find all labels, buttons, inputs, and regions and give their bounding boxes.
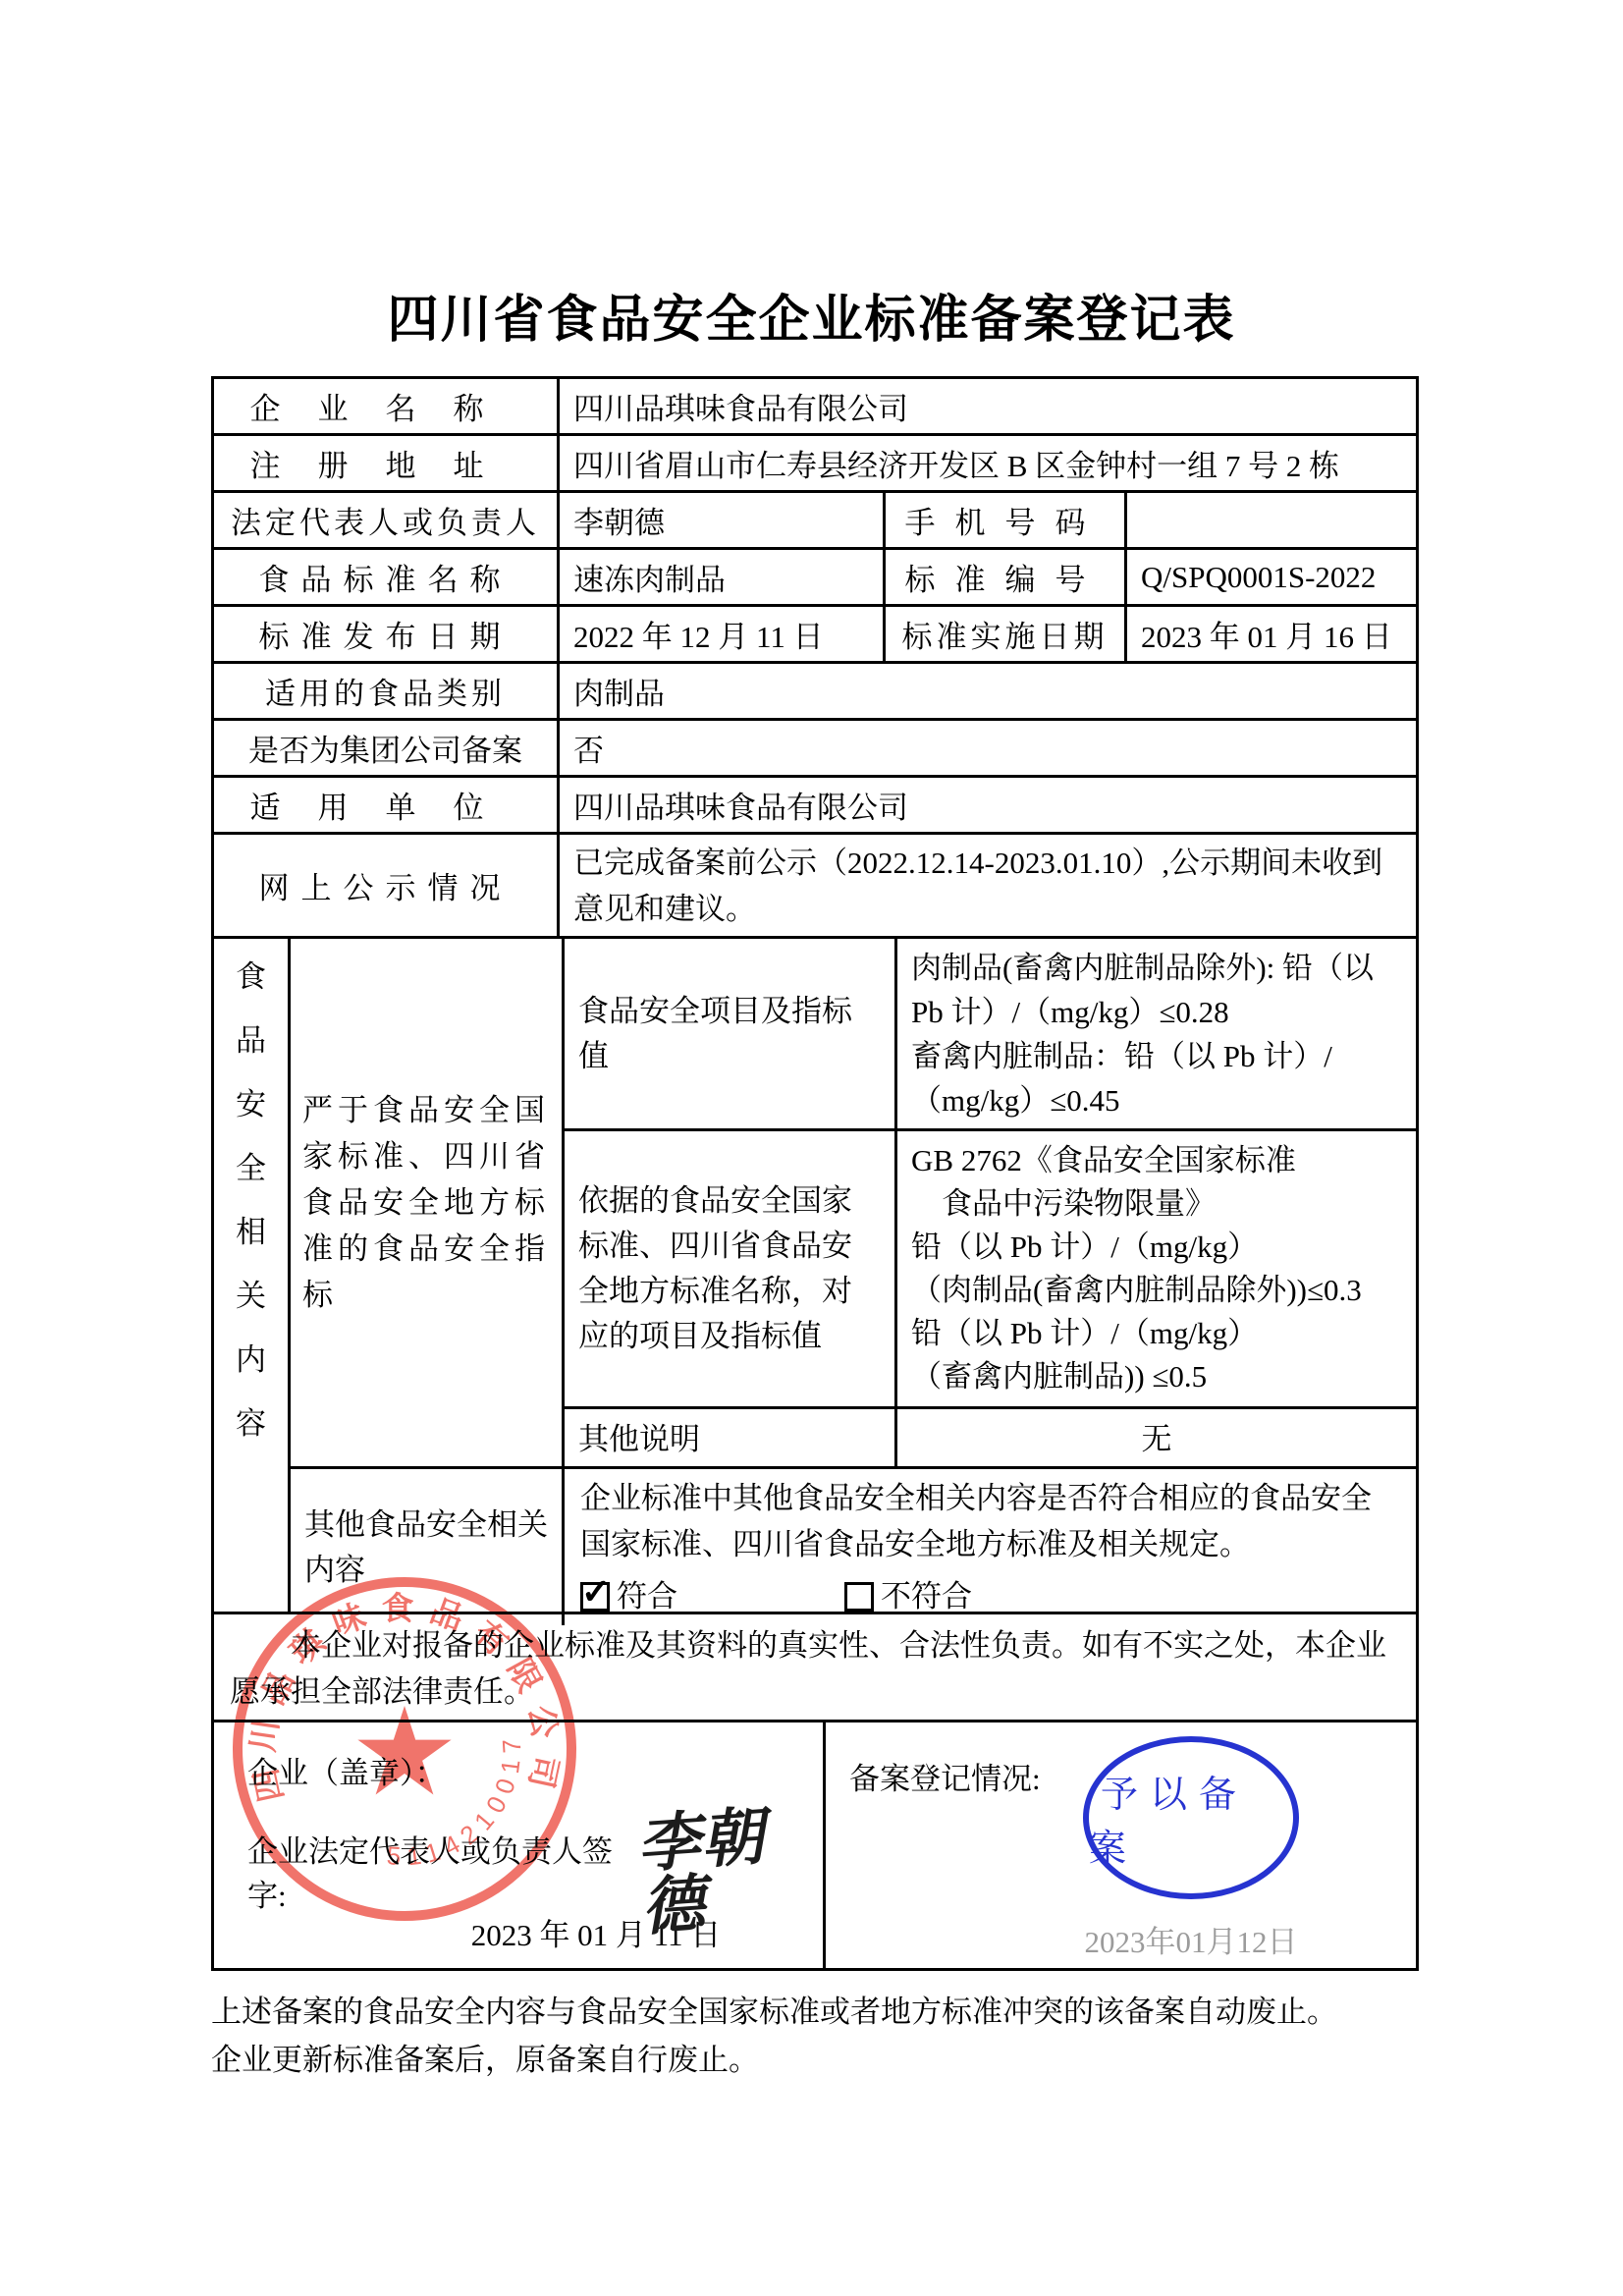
standard-no-label: 标准编号 (886, 550, 1127, 604)
company-name-label: 企业名称 (214, 379, 560, 433)
stricter-rows: 食品安全项目及指标值 肉制品(畜禽内脏制品除外): 铅（以 Pb 计）/（mg/… (565, 939, 1416, 1466)
row-dates: 标准发布日期 2022 年 12 月 11 日 标准实施日期 2023 年 01… (214, 607, 1416, 664)
applicable-unit-value: 四川品琪味食品有限公司 (560, 778, 1416, 832)
checkbox-compliant-label: 符合 (617, 1573, 677, 1619)
row-company-name: 企业名称 四川品琪味食品有限公司 (214, 379, 1416, 436)
row-standard-name: 食品标准名称 速冻肉制品 标准编号 Q/SPQ0001S-2022 (214, 550, 1416, 607)
footer-line-2: 企业更新标准备案后，原备案自行废止。 (211, 2036, 1419, 2084)
group-filing-label: 是否为集团公司备案 (214, 721, 560, 775)
row-publicity: 网上公示情况 已完成备案前公示（2022.12.14-2023.01.10）,公… (214, 835, 1416, 939)
approval-result-text: 予以备案 (1089, 1764, 1293, 1872)
stricter-block: 严于食品安全国家标准、四川省食品安全地方标准的食品安全指标 食品安全项目及指标值… (291, 939, 1416, 1469)
basis-line-2: 食品中污染物限量》 (911, 1182, 1402, 1226)
page-title: 四川省食品安全企业标准备案登记表 (0, 278, 1623, 352)
food-category-value: 肉制品 (560, 664, 1416, 718)
registration-date: 2023年01月12日 (1073, 1917, 1309, 1961)
row-group-filing: 是否为集团公司备案 否 (214, 721, 1416, 778)
handwritten-signature: 李朝德 (635, 1802, 828, 1941)
footer-line-1: 上述备案的食品安全内容与食品安全国家标准或者地方标准冲突的该备案自动废止。 (211, 1988, 1419, 2036)
statement-cell: 本企业对报备的企业标准及其资料的真实性、合法性负责。如有不实之处，本企业愿承担全… (214, 1614, 1416, 1720)
other-safety-row: 其他食品安全相关内容 企业标准中其他食品安全相关内容是否符合相应的食品安全国家标… (291, 1469, 1416, 1625)
indicators-value: 肉制品(畜禽内脏制品除外): 铅（以 Pb 计）/（mg/kg）≤0.28 畜禽… (897, 939, 1416, 1128)
other-safety-value: 企业标准中其他食品安全相关内容是否符合相应的食品安全国家标准、四川省食品安全地方… (565, 1469, 1416, 1625)
other-note-value: 无 (897, 1409, 1416, 1469)
footer-note: 上述备案的食品安全内容与食品安全国家标准或者地方标准冲突的该备案自动废止。 企业… (211, 1988, 1419, 2084)
impl-date-label: 标准实施日期 (886, 607, 1127, 661)
section-body: 严于食品安全国家标准、四川省食品安全地方标准的食品安全指标 食品安全项目及指标值… (291, 939, 1416, 1612)
compliance-checkboxes: 符合 不符合 (580, 1573, 972, 1619)
row-address: 注册地址 四川省眉山市仁寿县经济开发区 B 区金钟村一组 7 号 2 栋 (214, 436, 1416, 493)
applicable-unit-label: 适用单位 (214, 778, 560, 832)
basis-value: GB 2762《食品安全国家标准 食品中污染物限量》 铅（以 Pb 计）/（mg… (897, 1131, 1416, 1406)
food-safety-section: 食品安全相关内容 严于食品安全国家标准、四川省食品安全地方标准的食品安全指标 食… (214, 939, 1416, 1614)
registration-cell: 备案登记情况: 予以备案 2023年01月12日 (826, 1722, 1416, 1968)
approval-oval-stamp: 予以备案 (1083, 1736, 1299, 1899)
section-side-cell: 食品安全相关内容 (214, 939, 291, 1612)
stricter-label: 严于食品安全国家标准、四川省食品安全地方标准的食品安全指标 (291, 939, 565, 1466)
legal-rep-value: 李朝德 (560, 493, 886, 547)
phone-label: 手机号码 (886, 493, 1127, 547)
standard-name-label: 食品标准名称 (214, 550, 560, 604)
indicators-row: 食品安全项目及指标值 肉制品(畜禽内脏制品除外): 铅（以 Pb 计）/（mg/… (565, 939, 1416, 1131)
other-safety-label: 其他食品安全相关内容 (291, 1469, 565, 1625)
checkbox-noncompliant-icon (844, 1582, 874, 1612)
company-seal-label: 企业（盖章）： (247, 1748, 823, 1792)
signature-label: 企业法定代表人或负责人签字: (247, 1827, 635, 1915)
other-safety-desc: 企业标准中其他食品安全相关内容是否符合相应的食品安全国家标准、四川省食品安全地方… (580, 1475, 1400, 1567)
indicators-line-1: 肉制品(畜禽内脏制品除外): 铅（以 Pb 计）/（mg/kg）≤0.28 (911, 946, 1402, 1034)
impl-date-value: 2023 年 01 月 16 日 (1127, 607, 1416, 661)
company-name-value: 四川品琪味食品有限公司 (560, 379, 1416, 433)
row-legal-rep: 法定代表人或负责人 李朝德 手机号码 (214, 493, 1416, 550)
indicators-line-2: 畜禽内脏制品：铅（以 Pb 计）/（mg/kg）≤0.45 (911, 1034, 1402, 1122)
other-note-text: 无 (911, 1417, 1402, 1461)
basis-label: 依据的食品安全国家标准、四川省食品安全地方标准名称，对应的项目及指标值 (565, 1131, 897, 1406)
address-label: 注册地址 (214, 436, 560, 490)
publicity-value: 已完成备案前公示（2022.12.14-2023.01.10）,公示期间未收到意… (560, 835, 1416, 936)
group-filing-value: 否 (560, 721, 1416, 775)
other-note-row: 其他说明 无 (565, 1409, 1416, 1469)
statement-text: 本企业对报备的企业标准及其资料的真实性、合法性负责。如有不实之处，本企业愿承担全… (230, 1622, 1400, 1715)
food-category-label: 适用的食品类别 (214, 664, 560, 718)
company-signing-cell: 企业（盖章）： 企业法定代表人或负责人签字: 李朝德 2023 年 01 月 1… (214, 1722, 826, 1968)
basis-row: 依据的食品安全国家标准、四川省食品安全地方标准名称，对应的项目及指标值 GB 2… (565, 1131, 1416, 1409)
legal-rep-label: 法定代表人或负责人 (214, 493, 560, 547)
basis-line-1: GB 2762《食品安全国家标准 (911, 1139, 1402, 1182)
basis-line-5: 铅（以 Pb 计）/（mg/kg） (911, 1312, 1402, 1355)
publish-date-value: 2022 年 12 月 11 日 (560, 607, 886, 661)
row-food-category: 适用的食品类别 肉制品 (214, 664, 1416, 721)
section-side-label: 食品安全相关内容 (235, 945, 268, 1455)
indicators-label: 食品安全项目及指标值 (565, 939, 897, 1128)
other-note-label: 其他说明 (565, 1409, 897, 1469)
statement-row: 本企业对报备的企业标准及其资料的真实性、合法性负责。如有不实之处，本企业愿承担全… (214, 1614, 1416, 1722)
row-applicable-unit: 适用单位 四川品琪味食品有限公司 (214, 778, 1416, 835)
basis-line-6: （畜禽内脏制品)) ≤0.5 (911, 1355, 1402, 1398)
publicity-label: 网上公示情况 (214, 835, 560, 936)
registration-label: 备案登记情况: (849, 1754, 1041, 1798)
checkbox-compliant-checked-icon (580, 1582, 610, 1612)
address-value: 四川省眉山市仁寿县经济开发区 B 区金钟村一组 7 号 2 栋 (560, 436, 1416, 490)
signing-row: 企业（盖章）： 企业法定代表人或负责人签字: 李朝德 2023 年 01 月 1… (214, 1722, 1416, 1968)
standard-name-value: 速冻肉制品 (560, 550, 886, 604)
basis-line-4: （肉制品(畜禽内脏制品除外))≤0.3 (911, 1269, 1402, 1312)
checkbox-noncompliant-label: 不符合 (881, 1573, 972, 1619)
signature-line: 企业法定代表人或负责人签字: 李朝德 (247, 1831, 823, 1910)
publish-date-label: 标准发布日期 (214, 607, 560, 661)
document-page: 四川省食品安全企业标准备案登记表 企业名称 四川品琪味食品有限公司 注册地址 四… (0, 0, 1623, 2296)
registration-table: 企业名称 四川品琪味食品有限公司 注册地址 四川省眉山市仁寿县经济开发区 B 区… (211, 376, 1419, 1971)
phone-value (1127, 493, 1416, 547)
basis-line-3: 铅（以 Pb 计）/（mg/kg） (911, 1226, 1402, 1269)
standard-no-value: Q/SPQ0001S-2022 (1127, 550, 1416, 604)
